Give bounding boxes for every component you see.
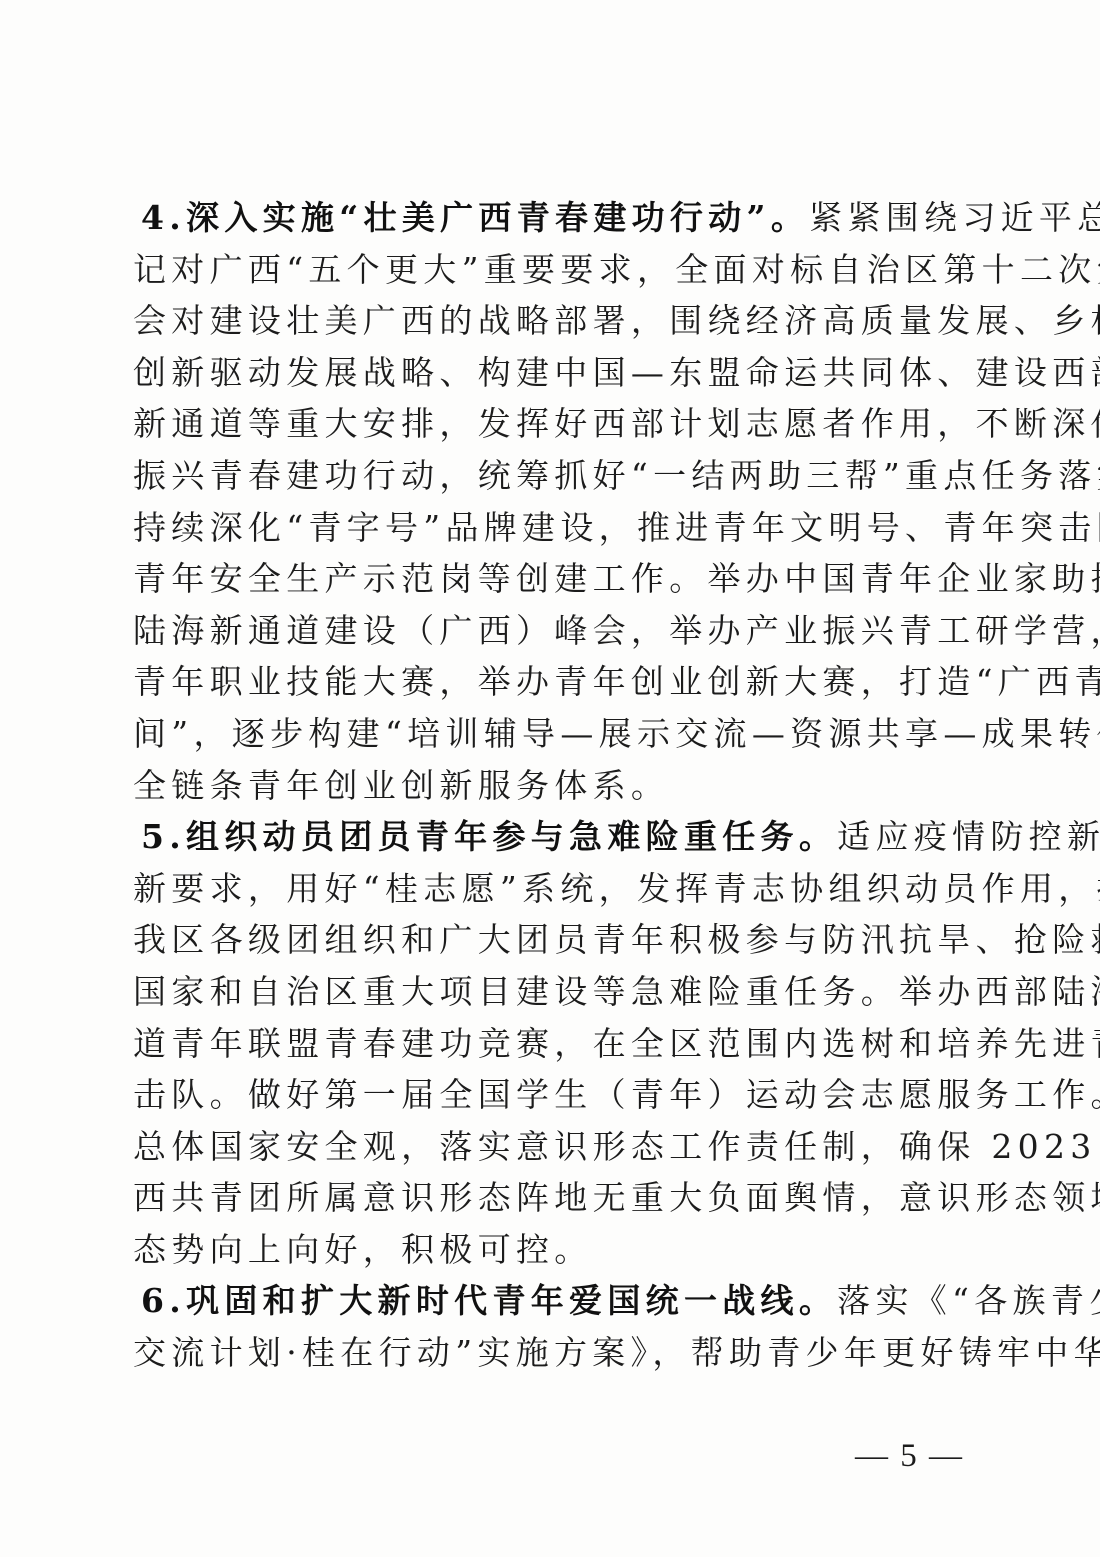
section-heading-5: 5.组织动员团员青年参与急难险重任务。 [141, 817, 837, 856]
paragraph-line: 持续深化“青字号”品牌建设，推进青年文明号、青年突击队、 [133, 502, 971, 554]
page-number: — 5 — [855, 1438, 964, 1475]
paragraph-line: 态势向上向好，积极可控。 [133, 1224, 971, 1276]
paragraph-line: 会对建设壮美广西的战略部署，围绕经济高质量发展、乡村振兴、 [133, 295, 971, 347]
paragraph-5-line-1: 5.组织动员团员青年参与急难险重任务。适应疫情防控新阶段 [133, 811, 971, 863]
paragraph-line: 记对广西“五个更大”重要要求，全面对标自治区第十二次党代 [133, 244, 971, 296]
paragraph-line: 新要求，用好“桂志愿”系统，发挥青志协组织动员作用，指导 [133, 863, 971, 915]
paragraph-line: 青年职业技能大赛，举办青年创业创新大赛，打造“广西青创空 [133, 656, 971, 708]
paragraph-line: 西共青团所属意识形态阵地无重大负面舆情，意识形态领域总体 [133, 1172, 971, 1224]
paragraph-line: 振兴青春建功行动，统筹抓好“一结两助三帮”重点任务落实。 [133, 450, 971, 502]
paragraph-line: 道青年联盟青春建功竞赛，在全区范围内选树和培养先进青年突 [133, 1018, 971, 1070]
paragraph-6-line-1: 6.巩固和扩大新时代青年爱国统一战线。落实《“各族青少年 [133, 1275, 971, 1327]
paragraph-4-line-1: 4.深入实施“壮美广西青春建功行动”。紧紧围绕习近平总书 [133, 192, 971, 244]
paragraph-line: 我区各级团组织和广大团员青年积极参与防汛抗旱、抢险救灾、 [133, 914, 971, 966]
section-heading-4: 4.深入实施“壮美广西青春建功行动”。 [141, 198, 809, 237]
section-heading-6: 6.巩固和扩大新时代青年爱国统一战线。 [141, 1281, 837, 1320]
paragraph-line: 交流计划·桂在行动”实施方案》，帮助青少年更好铸牢中华民 [133, 1327, 971, 1379]
paragraph-line: 青年安全生产示范岗等创建工作。举办中国青年企业家助推西部 [133, 553, 971, 605]
paragraph-line: 击队。做好第一届全国学生（青年）运动会志愿服务工作。贯彻 [133, 1069, 971, 1121]
paragraph-line: 间”，逐步构建“培训辅导—展示交流—资源共享—成果转化” [133, 708, 971, 760]
paragraph-text: 紧紧围绕习近平总书 [809, 198, 1100, 237]
paragraph-line: 全链条青年创业创新服务体系。 [133, 760, 971, 812]
paragraph-line: 创新驱动发展战略、构建中国—东盟命运共同体、建设西部陆海 [133, 347, 971, 399]
document-page: 4.深入实施“壮美广西青春建功行动”。紧紧围绕习近平总书 记对广西“五个更大”重… [0, 0, 1100, 1557]
body-text: 4.深入实施“壮美广西青春建功行动”。紧紧围绕习近平总书 记对广西“五个更大”重… [133, 192, 973, 1379]
paragraph-line: 陆海新通道建设（广西）峰会，举办产业振兴青工研学营，开展 [133, 605, 971, 657]
paragraph-line: 新通道等重大安排，发挥好西部计划志愿者作用，不断深化乡村 [133, 398, 971, 450]
paragraph-line: 国家和自治区重大项目建设等急难险重任务。举办西部陆海新通 [133, 966, 971, 1018]
paragraph-text: 落实《“各族青少年 [837, 1281, 1100, 1320]
paragraph-text: 适应疫情防控新阶段 [837, 817, 1100, 856]
paragraph-line: 总体国家安全观，落实意识形态工作责任制，确保 2023 年全年广 [133, 1121, 971, 1173]
